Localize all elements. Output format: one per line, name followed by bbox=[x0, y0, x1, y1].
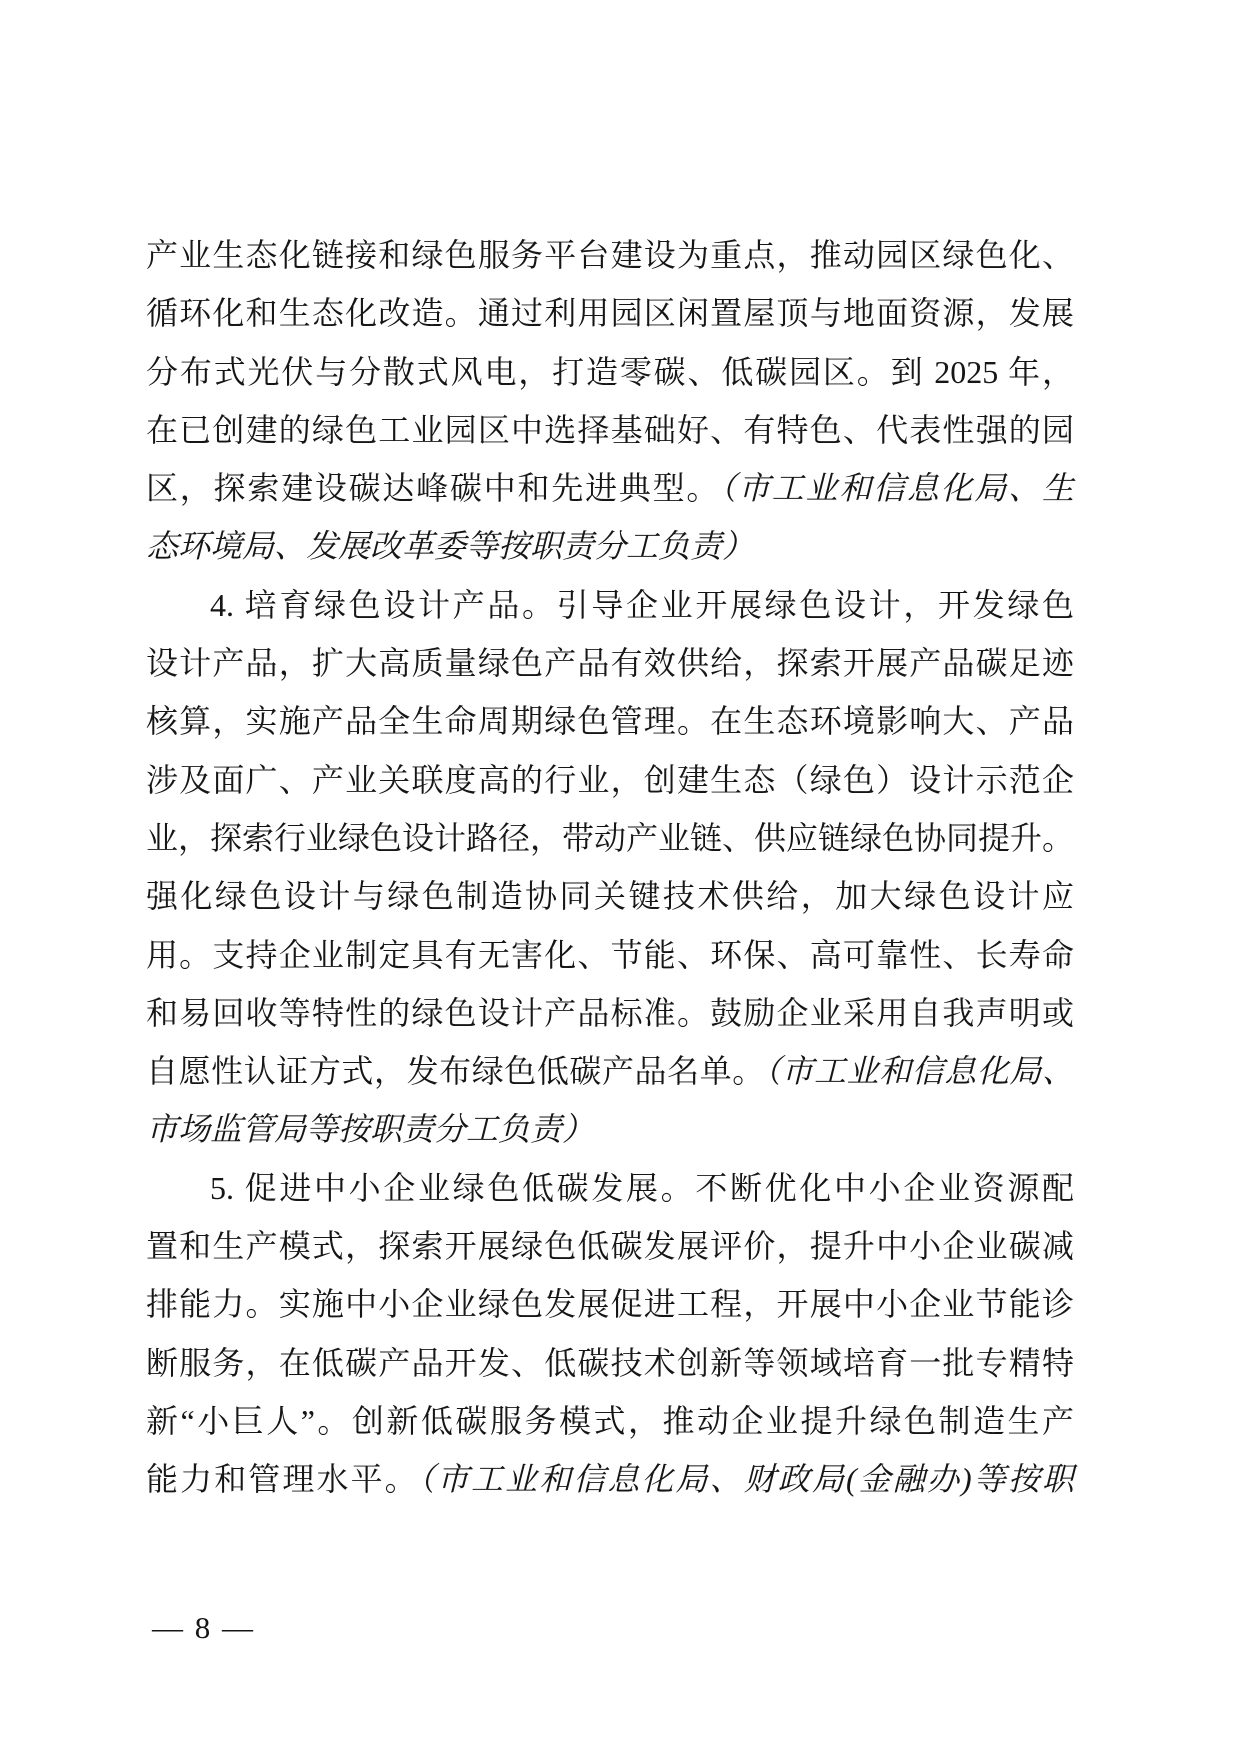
document-page: 产业生态化链接和绿色服务平台建设为重点，推动园区绿色化、循环化和生态化改造。通过… bbox=[0, 0, 1241, 1755]
text-line: 区，探索建设碳达峰碳中和先进典型。（市工业和信息化局、生 bbox=[146, 459, 1074, 517]
body-text-segment: 5. 促进中小企业绿色低碳发展。不断优化中小企业资源配 bbox=[210, 1170, 1074, 1206]
text-line: 态环境局、发展改革委等按职责分工负责） bbox=[146, 517, 1074, 575]
body-text-segment: 置和生产模式，探索开展绿色低碳发展评价，提升中小企业碳减 bbox=[146, 1228, 1074, 1264]
text-line: 5. 促进中小企业绿色低碳发展。不断优化中小企业资源配 bbox=[146, 1159, 1074, 1217]
text-line: 涉及面广、产业关联度高的行业，创建生态（绿色）设计示范企 bbox=[146, 751, 1074, 809]
body-text-segment: 自愿性认证方式，发布绿色低碳产品名单。 bbox=[146, 1053, 765, 1089]
text-line: 循环化和生态化改造。通过利用园区闲置屋顶与地面资源，发展 bbox=[146, 284, 1074, 342]
agency-attribution-segment: （市工业和信息化局、生 bbox=[720, 470, 1074, 506]
text-line: 置和生产模式，探索开展绿色低碳发展评价，提升中小企业碳减 bbox=[146, 1217, 1074, 1275]
body-text-segment: 循环化和生态化改造。通过利用园区闲置屋顶与地面资源，发展 bbox=[146, 295, 1074, 331]
agency-attribution-segment: 态环境局、发展改革委等按职责分工负责） bbox=[146, 528, 754, 564]
text-line: 能力和管理水平。（市工业和信息化局、财政局(金融办)等按职 bbox=[146, 1450, 1074, 1508]
text-line: 在已创建的绿色工业园区中选择基础好、有特色、代表性强的园 bbox=[146, 401, 1074, 459]
body-text-segment: 4. 培育绿色设计产品。引导企业开展绿色设计，开发绿色 bbox=[210, 587, 1074, 623]
body-text-segment: 能力和管理水平。 bbox=[146, 1461, 419, 1497]
body-text-segment: 涉及面广、产业关联度高的行业，创建生态（绿色）设计示范企 bbox=[146, 762, 1074, 798]
body-text-segment: 强化绿色设计与绿色制造协同关键技术供给，加大绿色设计应 bbox=[146, 878, 1074, 914]
agency-attribution-segment: 市场监管局等按职责分工负责） bbox=[146, 1111, 594, 1147]
text-line: 自愿性认证方式，发布绿色低碳产品名单。（市工业和信息化局、 bbox=[146, 1042, 1074, 1100]
text-line: 业，探索行业绿色设计路径，带动产业链、供应链绿色协同提升。 bbox=[146, 809, 1074, 867]
body-text-segment: 在已创建的绿色工业园区中选择基础好、有特色、代表性强的园 bbox=[146, 412, 1074, 448]
text-line: 分布式光伏与分散式风电，打造零碳、低碳园区。到 2025 年， bbox=[146, 343, 1074, 401]
text-line: 和易回收等特性的绿色设计产品标准。鼓励企业采用自我声明或 bbox=[146, 984, 1074, 1042]
body-text-segment: 用。支持企业制定具有无害化、节能、环保、高可靠性、长寿命 bbox=[146, 937, 1074, 973]
body-text-segment: 区，探索建设碳达峰碳中和先进典型。 bbox=[146, 470, 720, 506]
page-number: — 8 — bbox=[152, 1608, 255, 1648]
text-line: 设计产品，扩大高质量绿色产品有效供给，探索开展产品碳足迹 bbox=[146, 634, 1074, 692]
body-text-segment: 分布式光伏与分散式风电，打造零碳、低碳园区。到 2025 年， bbox=[146, 354, 1074, 390]
body-text-segment: 排能力。实施中小企业绿色发展促进工程，开展中小企业节能诊 bbox=[146, 1286, 1074, 1322]
agency-attribution-segment: （市工业和信息化局、财政局(金融办)等按职 bbox=[419, 1461, 1074, 1497]
text-line: 强化绿色设计与绿色制造协同关键技术供给，加大绿色设计应 bbox=[146, 867, 1074, 925]
body-text: 产业生态化链接和绿色服务平台建设为重点，推动园区绿色化、循环化和生态化改造。通过… bbox=[146, 226, 1074, 1509]
text-line: 新“小巨人”。创新低碳服务模式，推动企业提升绿色制造生产 bbox=[146, 1392, 1074, 1450]
body-text-segment: 断服务，在低碳产品开发、低碳技术创新等领域培育一批专精特 bbox=[146, 1345, 1074, 1381]
text-line: 核算，实施产品全生命周期绿色管理。在生态环境影响大、产品 bbox=[146, 692, 1074, 750]
text-line: 排能力。实施中小企业绿色发展促进工程，开展中小企业节能诊 bbox=[146, 1275, 1074, 1333]
body-text-segment: 产业生态化链接和绿色服务平台建设为重点，推动园区绿色化、 bbox=[146, 237, 1074, 273]
text-line: 4. 培育绿色设计产品。引导企业开展绿色设计，开发绿色 bbox=[146, 576, 1074, 634]
body-text-segment: 业，探索行业绿色设计路径，带动产业链、供应链绿色协同提升。 bbox=[146, 820, 1074, 856]
body-text-segment: 设计产品，扩大高质量绿色产品有效供给，探索开展产品碳足迹 bbox=[146, 645, 1074, 681]
text-line: 用。支持企业制定具有无害化、节能、环保、高可靠性、长寿命 bbox=[146, 926, 1074, 984]
text-line: 产业生态化链接和绿色服务平台建设为重点，推动园区绿色化、 bbox=[146, 226, 1074, 284]
text-line: 断服务，在低碳产品开发、低碳技术创新等领域培育一批专精特 bbox=[146, 1334, 1074, 1392]
body-text-segment: 和易回收等特性的绿色设计产品标准。鼓励企业采用自我声明或 bbox=[146, 995, 1074, 1031]
body-text-segment: 新“小巨人”。创新低碳服务模式，推动企业提升绿色制造生产 bbox=[146, 1403, 1074, 1439]
text-line: 市场监管局等按职责分工负责） bbox=[146, 1100, 1074, 1158]
body-text-segment: 核算，实施产品全生命周期绿色管理。在生态环境影响大、产品 bbox=[146, 703, 1074, 739]
agency-attribution-segment: （市工业和信息化局、 bbox=[765, 1053, 1074, 1089]
